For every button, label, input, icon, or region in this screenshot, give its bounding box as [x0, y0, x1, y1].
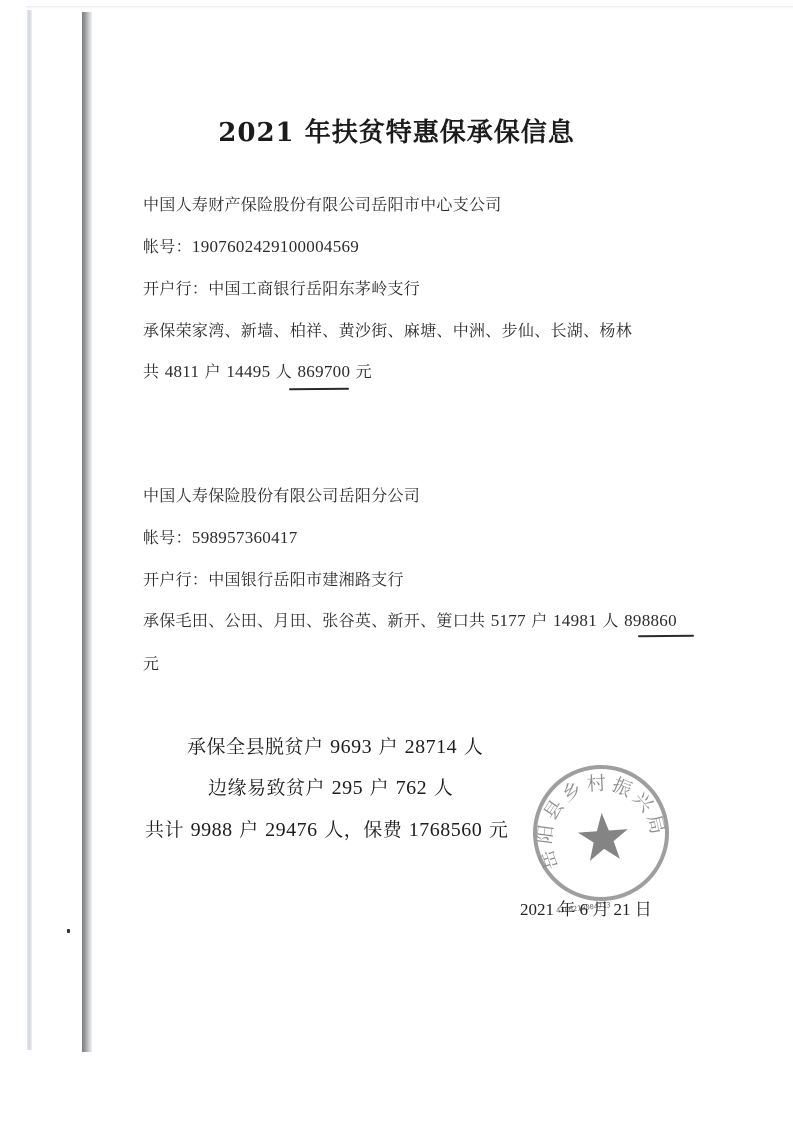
summary-people: 29476 — [265, 819, 318, 841]
section2-coverage: 承保毛田、公田、月田、张谷英、新开、筻口共 5177 户 14981 人 898… — [143, 608, 677, 631]
bank-name: 中国工商银行岳阳东茅岭支行 — [208, 279, 420, 298]
summary-amount: 1768560 — [409, 819, 483, 841]
total-prefix: 共 — [143, 362, 159, 381]
people-unit: 人，保费 — [324, 819, 402, 841]
document-date: 2021 年 6 月 21 日 — [520, 895, 652, 920]
amount: 869700 — [297, 362, 350, 381]
handwritten-underline — [638, 635, 694, 637]
people-unit: 人 — [464, 736, 484, 758]
summary-line-3: 共计 9988 户 29476 人，保费 1768560 元 — [145, 815, 508, 842]
section2-account: 帐号：598957360417 — [143, 525, 298, 548]
amount-unit: 元 — [489, 819, 509, 841]
summary-households: 9693 — [330, 736, 372, 758]
official-seal: 岳阳县乡村振兴局 — [528, 760, 673, 905]
households-unit: 户 — [239, 819, 259, 841]
section2-bank: 开户行：中国银行岳阳市建湘路支行 — [143, 567, 404, 590]
summary-people: 762 — [396, 777, 428, 799]
scan-binding-shadow — [82, 12, 92, 1052]
people: 14495 — [226, 362, 270, 381]
date-day-unit: 日 — [635, 900, 652, 919]
bank-name: 中国银行岳阳市建湘路支行 — [208, 570, 404, 589]
date-year-unit: 年 — [558, 900, 575, 919]
date-year: 2021 — [520, 900, 554, 919]
section2-company: 中国人寿保险股份有限公司岳阳分公司 — [143, 483, 420, 506]
people-unit: 人 — [602, 611, 618, 630]
section1-bank: 开户行：中国工商银行岳阳东茅岭支行 — [143, 276, 420, 299]
account-label: 帐号： — [143, 528, 192, 547]
account-number: 1907602429100004569 — [192, 237, 359, 256]
summary-households: 9988 — [191, 819, 233, 841]
amount: 898860 — [624, 611, 677, 630]
date-month-unit: 月 — [592, 900, 609, 919]
summary-prefix: 承保全县脱贫户 — [187, 736, 324, 758]
scan-speck — [67, 929, 70, 933]
account-number: 598957360417 — [192, 528, 298, 547]
bank-label: 开户行： — [143, 570, 208, 589]
document-title: 2021 年扶贫特惠保承保信息 — [0, 112, 793, 149]
section2-amount-unit: 元 — [143, 651, 159, 674]
people-unit: 人 — [276, 362, 292, 381]
scan-top-edge — [26, 6, 793, 9]
households: 4811 — [165, 362, 200, 381]
section1-totals: 共 4811 户 14495 人 869700 元 — [143, 359, 372, 382]
summary-line-1: 承保全县脱贫户 9693 户 28714 人 — [187, 732, 483, 759]
handwritten-underline — [289, 388, 349, 391]
summary-prefix: 边缘易致贫户 — [208, 777, 325, 799]
summary-people: 28714 — [405, 736, 458, 758]
summary-line-2: 边缘易致贫户 295 户 762 人 — [208, 773, 453, 800]
summary-households: 295 — [332, 777, 364, 799]
households-unit: 户 — [370, 777, 390, 799]
scan-left-edge — [27, 10, 32, 1050]
account-label: 帐号： — [143, 237, 192, 256]
households-unit: 户 — [531, 611, 547, 630]
amount-unit: 元 — [356, 362, 372, 381]
people-unit: 人 — [434, 777, 454, 799]
households-unit: 户 — [205, 362, 221, 381]
people: 14981 — [553, 611, 597, 630]
households: 5177 — [491, 611, 526, 630]
summary-prefix: 共计 — [145, 819, 184, 841]
date-day: 21 — [614, 900, 631, 919]
date-month: 6 — [580, 900, 589, 919]
star-icon — [576, 809, 632, 865]
section1-account: 帐号：1907602429100004569 — [143, 234, 359, 257]
section1-coverage: 承保荣家湾、新墙、柏祥、黄沙街、麻塘、中洲、步仙、长湖、杨林 — [143, 318, 632, 341]
households-unit: 户 — [379, 736, 399, 758]
coverage-prefix: 承保毛田、公田、月田、张谷英、新开、筻口共 — [143, 611, 485, 630]
bank-label: 开户行： — [143, 279, 208, 298]
section1-company: 中国人寿财产保险股份有限公司岳阳市中心支公司 — [143, 192, 502, 215]
